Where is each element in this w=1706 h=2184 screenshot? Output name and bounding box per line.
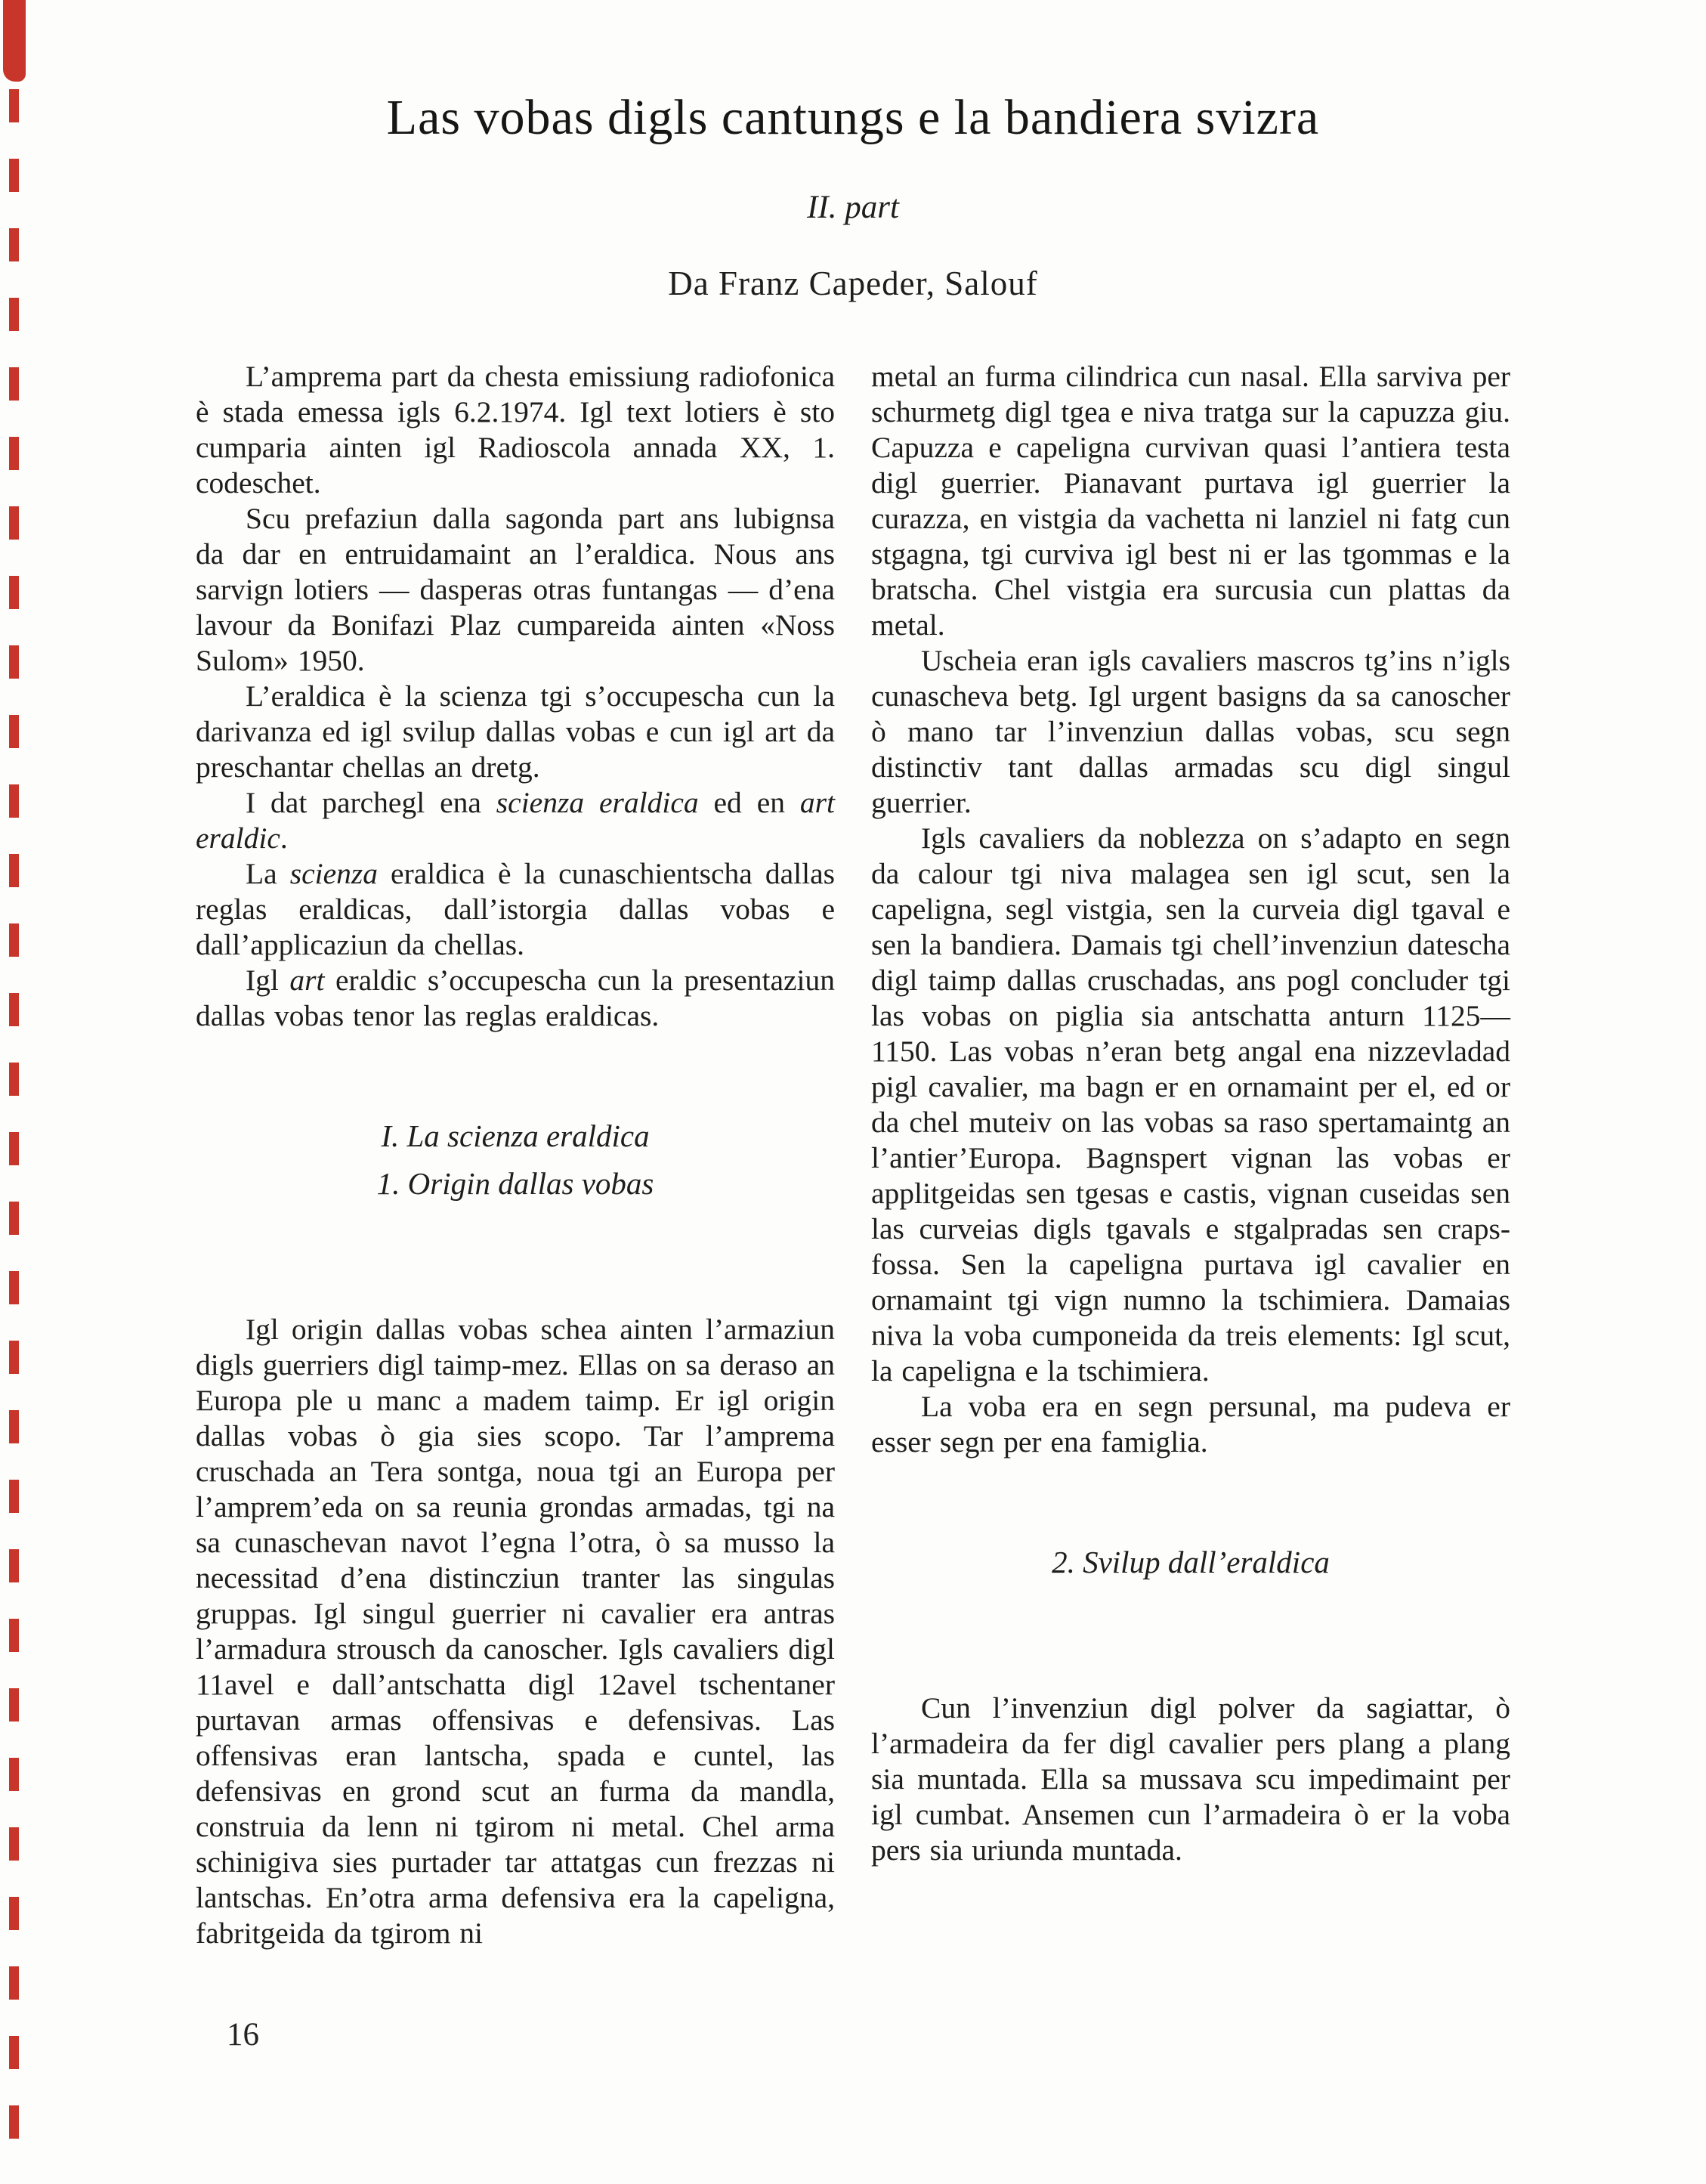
paragraph: Igls cavaliers da noblezza on s’adapto e… <box>871 821 1510 1389</box>
paragraph: La scienza eraldica è la cunaschientscha… <box>196 856 835 963</box>
scan-edge-marks <box>9 89 19 2172</box>
right-column: metal an furma cilindrica cun nasal. Ell… <box>871 359 1510 1951</box>
paragraph: La voba era en segn persunal, ma pudeva … <box>871 1389 1510 1460</box>
left-column: L’amprema part da chesta emissiung radio… <box>196 359 835 1951</box>
paragraph: L’eraldica è la scienza tgi s’occupescha… <box>196 679 835 785</box>
paragraph: Igl origin dallas vobas schea ainten l’a… <box>196 1312 835 1951</box>
page-number: 16 <box>227 2016 259 2053</box>
scan-edge-mark-top <box>3 0 26 82</box>
section-heading: 2. Svilup dall’eraldica <box>871 1545 1510 1580</box>
article-title: Las vobas digls cantungs e la bandiera s… <box>0 89 1706 147</box>
section-heading: I. La scienza eraldica <box>196 1118 835 1154</box>
section-heading: 1. Origin dallas vobas <box>196 1166 835 1202</box>
article-header: Las vobas digls cantungs e la bandiera s… <box>0 89 1706 303</box>
paragraph: Igl art eraldic s’occupescha cun la pres… <box>196 963 835 1034</box>
paragraph: Scu prefaziun dalla sagonda part ans lub… <box>196 501 835 679</box>
text-columns: L’amprema part da chesta emissiung radio… <box>196 359 1510 1951</box>
paragraph: I dat parchegl ena scienza eraldica ed e… <box>196 785 835 856</box>
byline: Da Franz Capeder, Salouf <box>0 264 1706 303</box>
document-page: Las vobas digls cantungs e la bandiera s… <box>0 0 1706 2184</box>
paragraph: Uscheia eran igls cavaliers mascros tg’i… <box>871 643 1510 821</box>
part-subtitle: II. part <box>0 189 1706 226</box>
paragraph: Cun l’invenziun digl polver da sagiattar… <box>871 1691 1510 1868</box>
paragraph: L’amprema part da chesta emissiung radio… <box>196 359 835 501</box>
paragraph: metal an furma cilindrica cun nasal. Ell… <box>871 359 1510 643</box>
